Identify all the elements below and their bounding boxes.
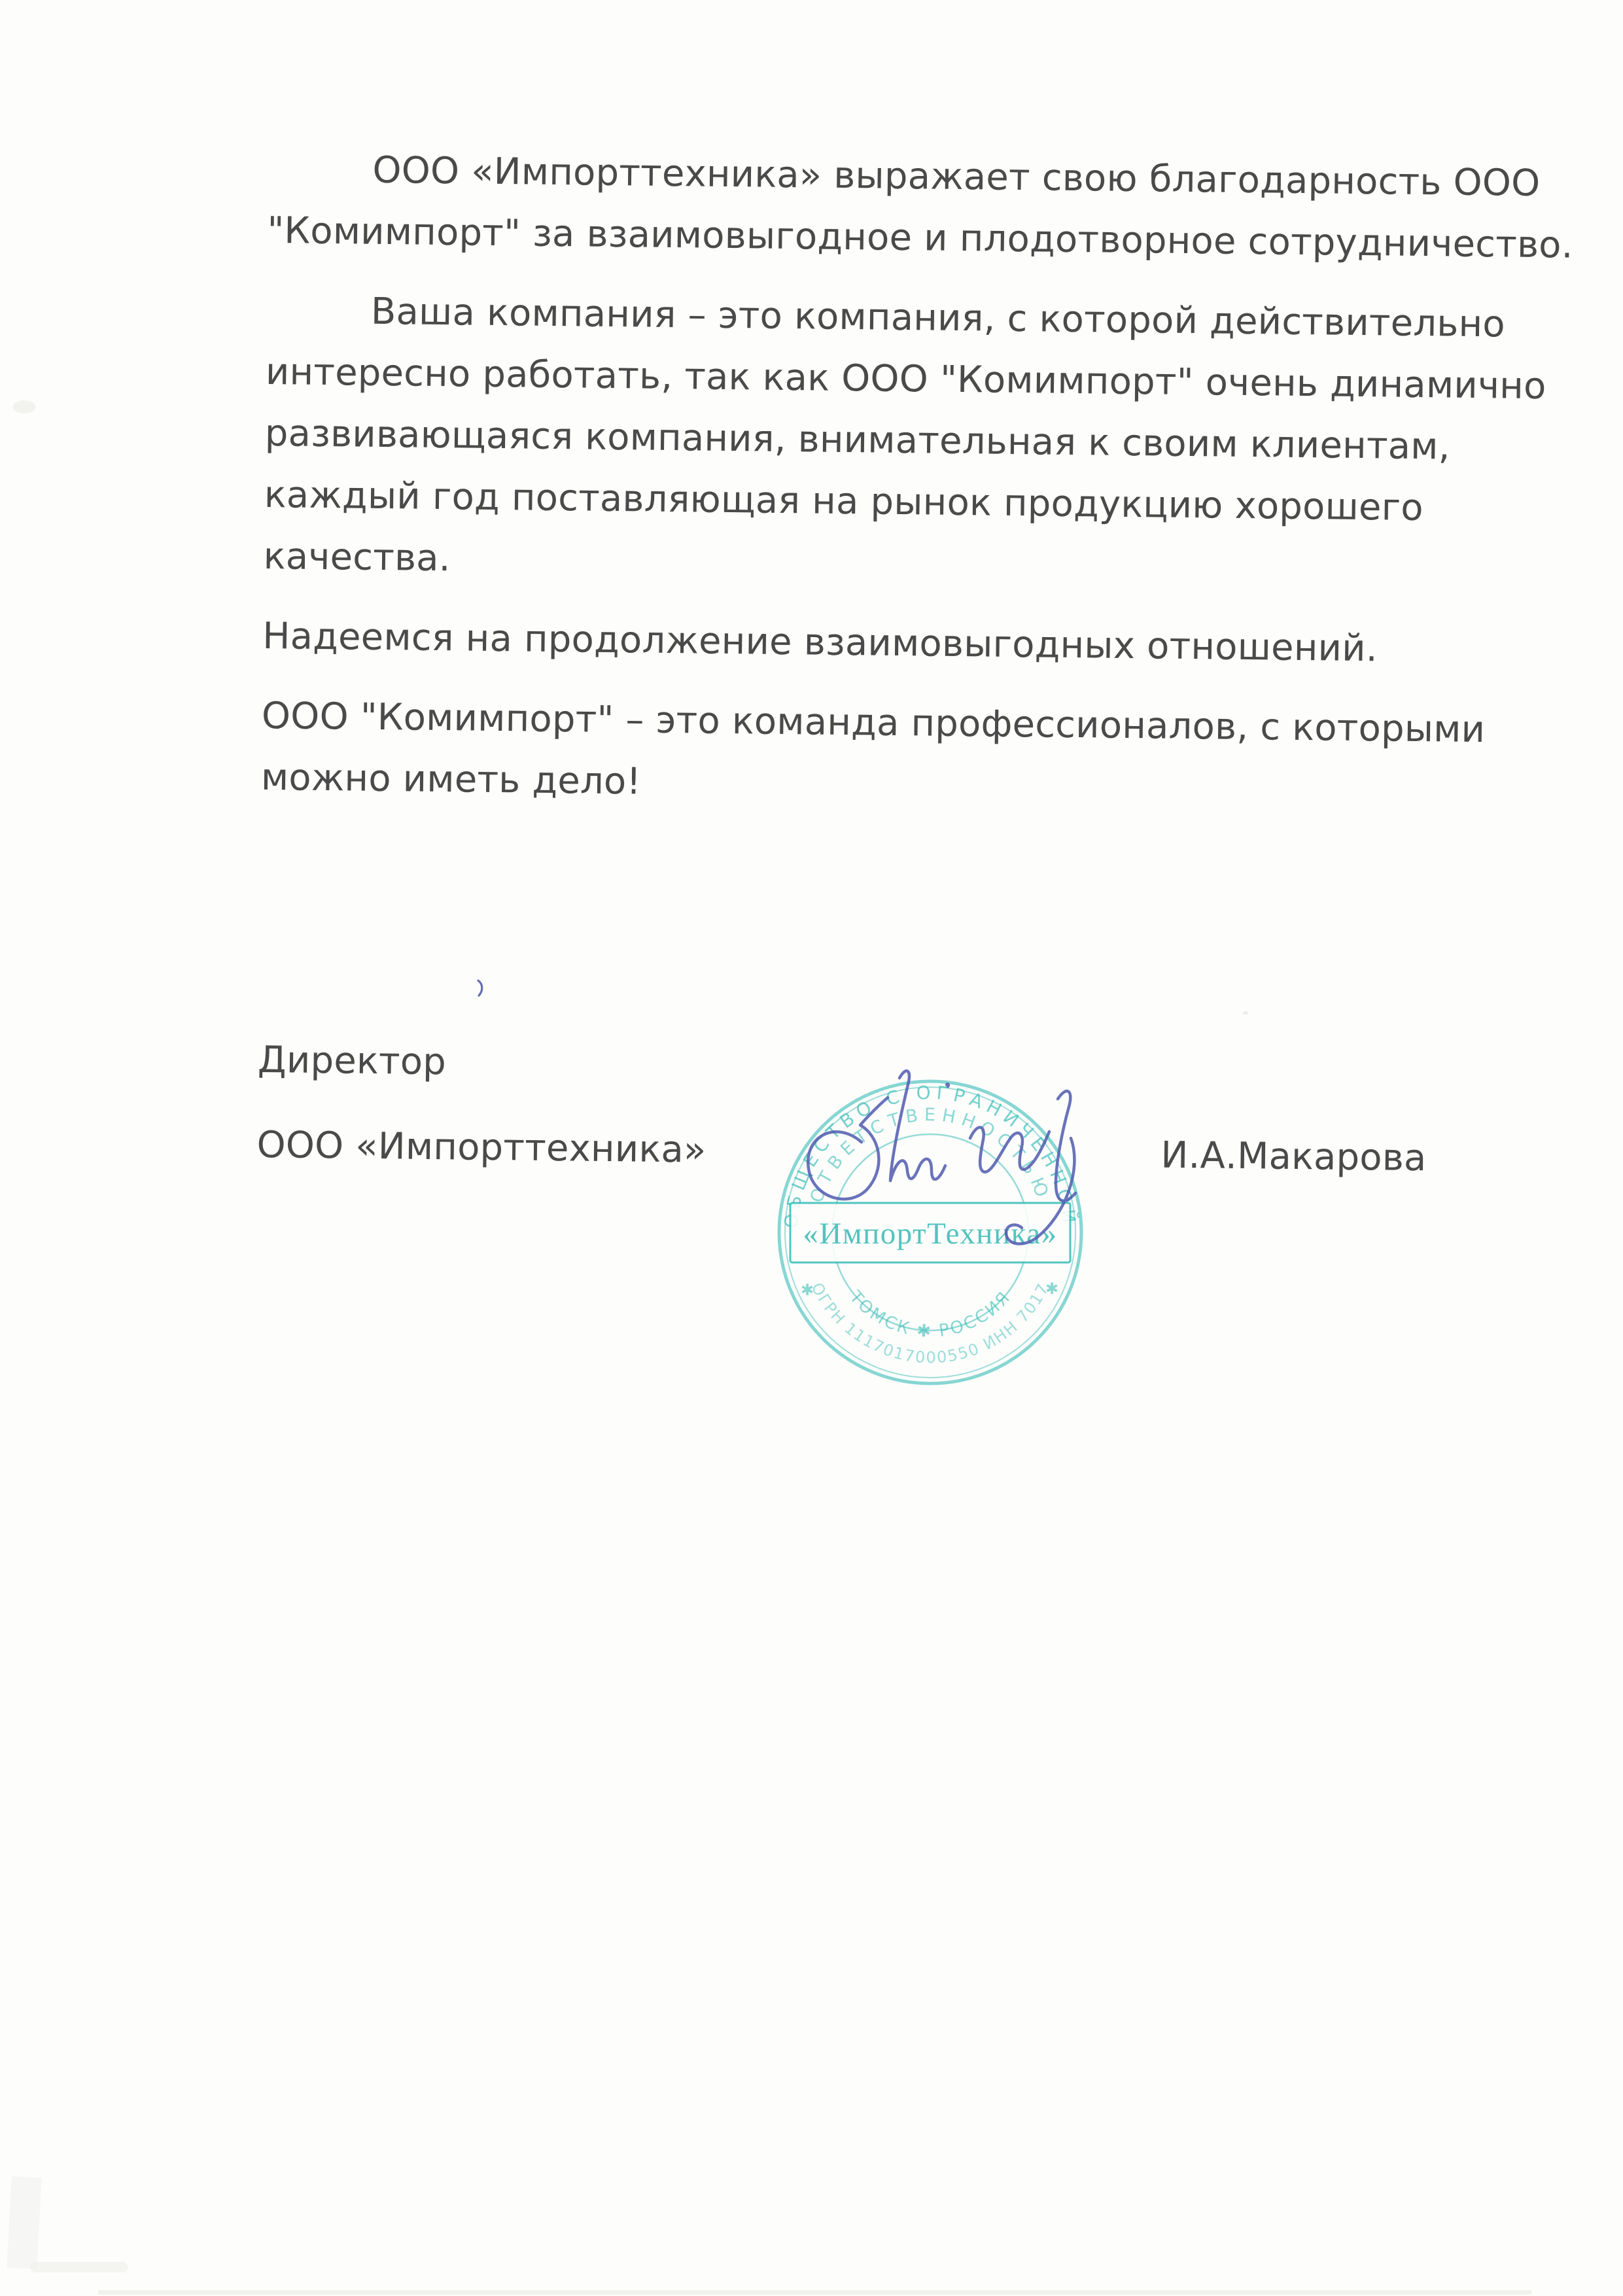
signature-wave <box>970 1127 1049 1172</box>
scan-artifact <box>30 2262 128 2272</box>
handwritten-signature <box>775 1058 1142 1281</box>
paragraph-line: Надеемся на продолжение взаимовыгодных о… <box>262 606 1529 682</box>
signature-dot <box>947 1084 949 1087</box>
signature-loop <box>808 1098 888 1199</box>
stamp-star-right: ✱ <box>1045 1279 1058 1298</box>
signature-strokes <box>775 1058 1142 1281</box>
signer-name: И.А.Макарова <box>1161 1125 1427 1190</box>
stray-pen-mark <box>475 979 487 998</box>
scan-artifact <box>13 400 35 413</box>
signature-m-left <box>890 1071 945 1181</box>
signature-descender <box>1006 1138 1075 1244</box>
letter-body: ООО «Импорттехника» выражает свою благод… <box>256 139 1534 1191</box>
signer-company: ООО «Импорттехника» <box>256 1124 707 1172</box>
scan-artifact <box>98 2290 1531 2295</box>
scanned-letter-page: ООО «Импорттехника» выражает свою благод… <box>0 0 1623 2296</box>
paragraph-hope: Надеемся на продолжение взаимовыгодных о… <box>262 606 1529 682</box>
paragraph-team: ООО "Комимпорт" – это команда профессион… <box>260 686 1527 823</box>
paragraph-company-praise: Ваша компания – это компания, с которой … <box>263 280 1532 602</box>
paragraph-gratitude: ООО «Импорттехника» выражает свою благод… <box>267 139 1534 276</box>
scan-artifact <box>7 2176 41 2269</box>
stamp-star-left: ✱ <box>801 1281 814 1299</box>
